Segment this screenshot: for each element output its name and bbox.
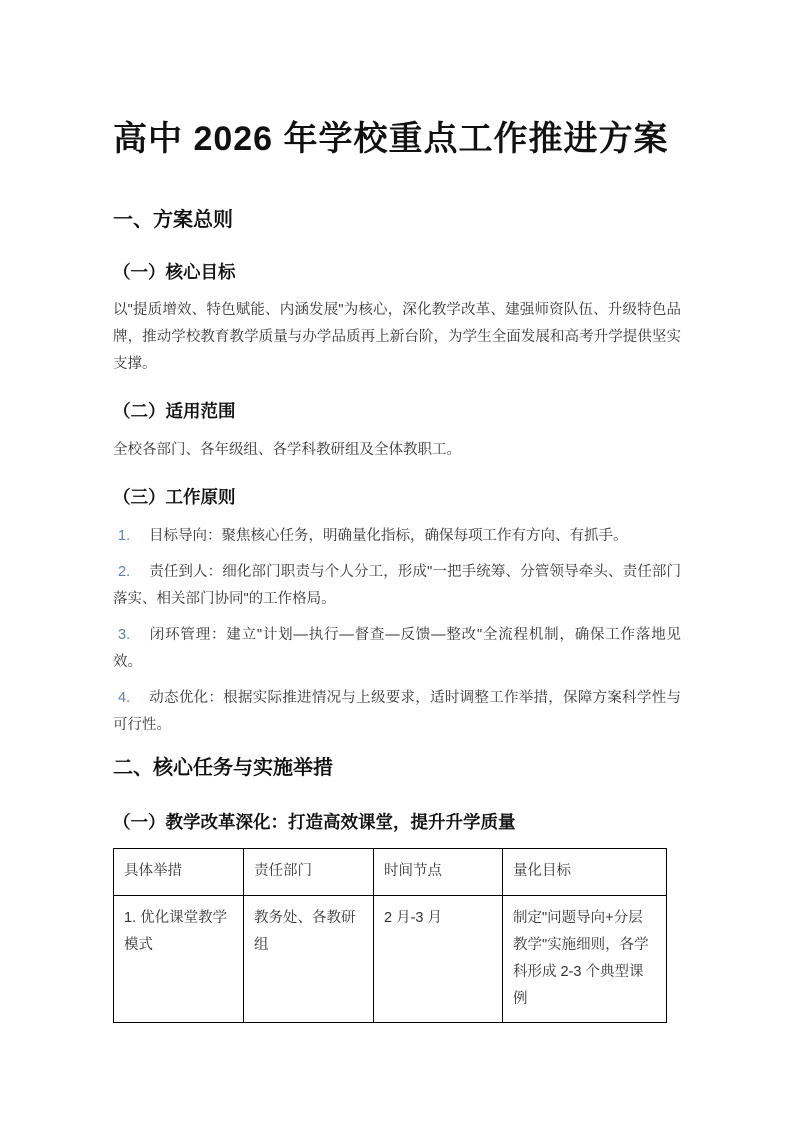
table-header-cell: 具体举措 [114, 848, 244, 895]
table-header-cell: 责任部门 [244, 848, 374, 895]
section-2-heading: 二、核心任务与实施举措 [113, 755, 681, 781]
table-cell-department: 教务处、各教研组 [244, 895, 374, 1022]
list-item-number: 2. [113, 559, 137, 586]
section-1-heading: 一、方案总则 [113, 207, 681, 233]
principles-list: 1.目标导向：聚焦核心任务，明确量化指标，确保每项工作有方向、有抓手。 2.责任… [113, 523, 681, 739]
measures-table: 具体举措 责任部门 时间节点 量化目标 1. 优化课堂教学模式 教务处、各教研组… [113, 848, 667, 1023]
table-cell-measure: 1. 优化课堂教学模式 [114, 895, 244, 1022]
list-item-text: 动态优化：根据实际推进情况与上级要求，适时调整工作举措，保障方案科学性与可行性。 [113, 690, 681, 733]
list-item-number: 3. [113, 622, 137, 649]
list-item-text: 目标导向：聚焦核心任务，明确量化指标，确保每项工作有方向、有抓手。 [149, 528, 628, 544]
list-item-number: 4. [113, 685, 137, 712]
list-item: 3.闭环管理：建立"计划—执行—督查—反馈—整改"全流程机制，确保工作落地见效。 [113, 622, 681, 676]
list-item: 4.动态优化：根据实际推进情况与上级要求，适时调整工作举措，保障方案科学性与可行… [113, 685, 681, 739]
list-item-text: 责任到人：细化部门职责与个人分工，形成"一把手统筹、分管领导牵头、责任部门落实、… [113, 564, 681, 607]
document-title: 高中 2026 年学校重点工作推进方案 [113, 118, 681, 161]
subsection-principles-heading: （三）工作原则 [113, 486, 681, 509]
table-header-cell: 时间节点 [374, 848, 503, 895]
table-cell-target: 制定"问题导向+分层教学"实施细则，各学科形成 2-3 个典型课例 [503, 895, 667, 1022]
document-page: 高中 2026 年学校重点工作推进方案 一、方案总则 （一）核心目标 以"提质增… [0, 0, 793, 1122]
subsection-core-goal-heading: （一）核心目标 [113, 261, 681, 284]
list-item: 2.责任到人：细化部门职责与个人分工，形成"一把手统筹、分管领导牵头、责任部门落… [113, 559, 681, 613]
list-item: 1.目标导向：聚焦核心任务，明确量化指标，确保每项工作有方向、有抓手。 [113, 523, 681, 550]
table-cell-timeline: 2 月-3 月 [374, 895, 503, 1022]
subsection-teaching-reform-heading: （一）教学改革深化：打造高效课堂，提升升学质量 [113, 811, 681, 834]
subsection-scope-heading: （二）适用范围 [113, 400, 681, 423]
list-item-number: 1. [113, 523, 137, 550]
table-row: 1. 优化课堂教学模式 教务处、各教研组 2 月-3 月 制定"问题导向+分层教… [114, 895, 667, 1022]
scope-paragraph: 全校各部门、各年级组、各学科教研组及全体教职工。 [113, 437, 681, 464]
table-header-row: 具体举措 责任部门 时间节点 量化目标 [114, 848, 667, 895]
table-header-cell: 量化目标 [503, 848, 667, 895]
core-goal-paragraph: 以"提质增效、特色赋能、内涵发展"为核心，深化教学改革、建强师资队伍、升级特色品… [113, 297, 681, 378]
list-item-text: 闭环管理：建立"计划—执行—督查—反馈—整改"全流程机制，确保工作落地见效。 [113, 627, 681, 670]
